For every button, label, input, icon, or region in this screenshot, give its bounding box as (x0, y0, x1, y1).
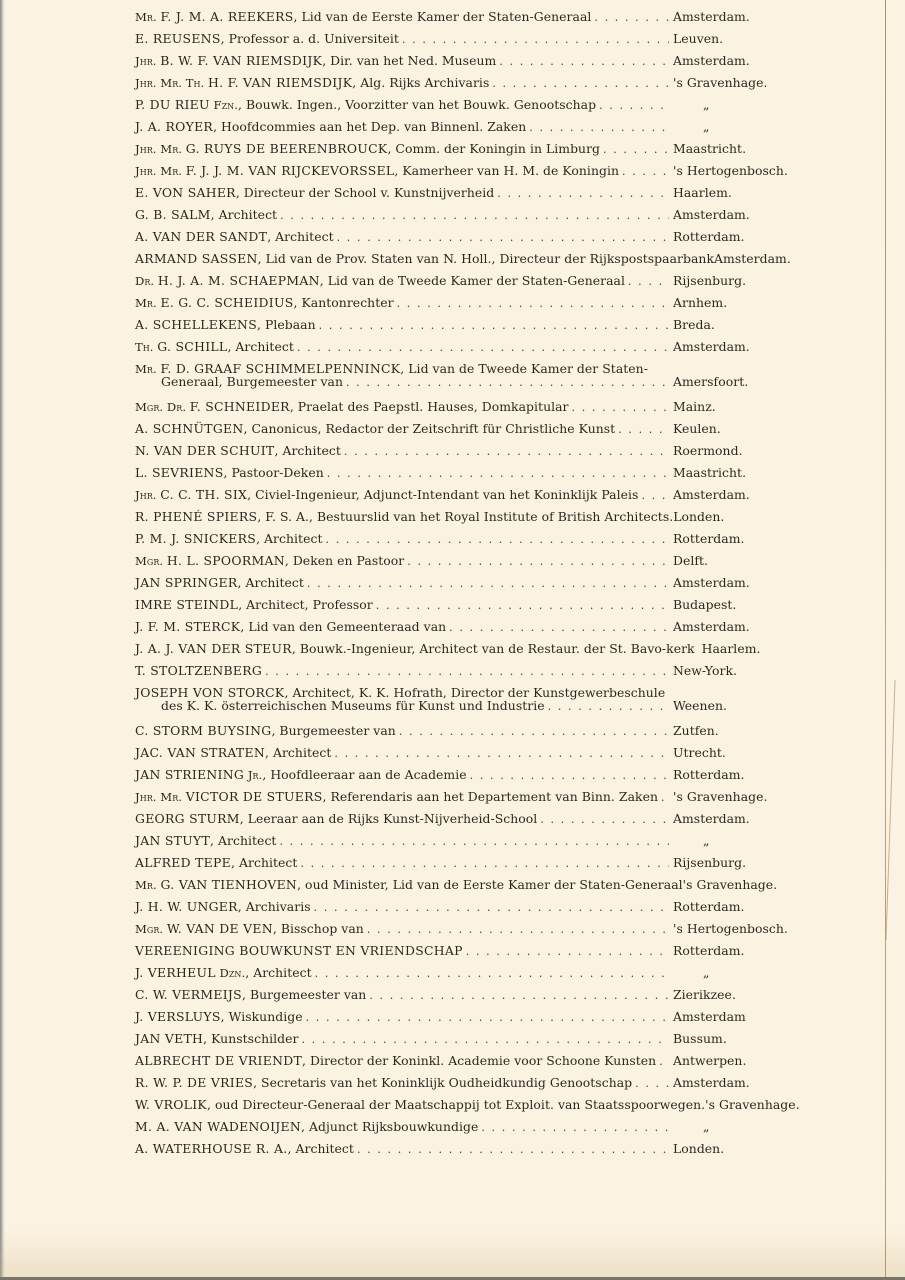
entry-text: Jhr. B. W. F. VAN RIEMSDIJK, Dir. van he… (135, 50, 496, 72)
list-item: E. VON SAHER, Directeur der School v. Ku… (135, 182, 785, 204)
entry-continuation-line: Generaal, Burgemeester vanAmersfoort. (135, 374, 785, 390)
entry-location: Amsterdam. (673, 484, 785, 506)
entry-text: IMRE STEINDL, Architect, Professor (135, 594, 373, 616)
entry-line: A. SCHNÜTGEN, Canonicus, Redactor der Ze… (135, 418, 785, 440)
leader-dots (499, 51, 669, 73)
leader-dots (344, 441, 669, 463)
entry-text: Mgr. W. VAN DE VEN, Bisschop van (135, 918, 364, 940)
entry-line: E. VON SAHER, Directeur der School v. Ku… (135, 182, 785, 204)
entry-text: Th. G. SCHILL, Architect (135, 336, 294, 358)
entry-text: E. VON SAHER, Directeur der School v. Ku… (135, 182, 494, 204)
leader-dots (357, 1139, 669, 1161)
entry-description: , Lid van de Eerste Kamer der Staten-Gen… (294, 9, 592, 24)
list-item: Dr. H. J. A. M. SCHAEPMAN, Lid van de Tw… (135, 270, 785, 292)
list-item: J. A. ROYER, Hoofdcommies aan het Dep. v… (135, 116, 785, 138)
entry-location: Amsterdam. (673, 204, 785, 226)
entry-name: A. VAN DER SANDT (135, 229, 267, 244)
list-item: J. H. W. UNGER, Archivaris Rotterdam. (135, 896, 785, 918)
entry-location: 's Gravenhage. (683, 874, 795, 896)
entry-location: „ (673, 1116, 785, 1138)
entry-text: P. DU RIEU Fzn., Bouwk. Ingen., Voorzitt… (135, 94, 596, 116)
entry-location: Zutfen. (673, 720, 785, 742)
entry-line: J. A. J. VAN DER STEUR, Bouwk.-Ingenieur… (135, 638, 785, 660)
entry-description: , Bisschop van (273, 921, 364, 936)
entry-text: Mgr. H. L. SPOORMAN, Deken en Pastoor (135, 550, 404, 572)
entry-line: Jhr. Mr. VICTOR DE STUERS, Referendaris … (135, 786, 785, 808)
entry-location: Londen. (673, 506, 785, 528)
leader-dots (548, 699, 669, 715)
entry-title: Jhr. Mr. (135, 142, 186, 156)
list-item: M. A. VAN WADENOIJEN, Adjunct Rijksbouwk… (135, 1116, 785, 1138)
entry-text: A. SCHELLEKENS, Plebaan (135, 314, 316, 336)
entry-location: 's Hertogenbosch. (673, 160, 785, 182)
entry-location: „ (673, 962, 785, 984)
leader-dots (307, 573, 669, 595)
list-item: JAN STUYT, Architect „ (135, 830, 785, 852)
entry-name: R. PHENÉ SPIERS (135, 509, 257, 524)
leader-dots (497, 183, 669, 205)
entry-line: VEREENIGING BOUWKUNST EN VRIENDSCHAP Rot… (135, 940, 785, 962)
entry-text: M. A. VAN WADENOIJEN, Adjunct Rijksbouwk… (135, 1116, 478, 1138)
scanned-page: Mr. F. J. M. A. REEKERS, Lid van de Eers… (0, 0, 905, 1280)
entry-description: , Architect (211, 207, 277, 222)
entry-description: , Adjunct Rijksbouwkundige (301, 1119, 478, 1134)
entry-name: JAN STRIENING (135, 767, 244, 782)
list-item: Mr. F. D. GRAAF SCHIMMELPENNINCK, Lid va… (135, 358, 785, 390)
list-item: C. W. VERMEIJS, Burgemeester van Zierikz… (135, 984, 785, 1006)
leader-dots (280, 205, 669, 227)
entry-line: Mgr. H. L. SPOORMAN, Deken en Pastoor De… (135, 550, 785, 572)
entry-text: A. SCHNÜTGEN, Canonicus, Redactor der Ze… (135, 418, 615, 440)
leader-dots (334, 743, 669, 765)
entry-text: C. STORM BUYSING, Burgemeester van (135, 720, 396, 742)
entry-text: L. SEVRIENS, Pastoor-Deken (135, 462, 324, 484)
entry-description: , Professor a. d. Universiteit (221, 31, 399, 46)
leader-dots (326, 529, 670, 551)
entry-name: A. SCHELLEKENS (135, 317, 257, 332)
entry-description: , Canonicus, Redactor der Zeitschrift fü… (244, 421, 616, 436)
entry-name: F. J. J. M. VAN RIJCKEVORSSEL (186, 163, 395, 178)
leader-dots (540, 809, 669, 831)
list-item: N. VAN DER SCHUIT, Architect Roermond. (135, 440, 785, 462)
list-item: ALBRECHT DE VRIENDT, Director der Konink… (135, 1050, 785, 1072)
entry-text: Dr. H. J. A. M. SCHAEPMAN, Lid van de Tw… (135, 270, 625, 292)
list-item: G. B. SALM, Architect Amsterdam. (135, 204, 785, 226)
entry-line: Jhr. C. C. TH. SIX, Civiel-Ingenieur, Ad… (135, 484, 785, 506)
entry-location: „ (673, 830, 785, 852)
entry-line: J. VERHEUL Dzn., Architect „ (135, 962, 785, 984)
entry-line: A. SCHELLEKENS, Plebaan Breda. (135, 314, 785, 336)
leader-dots (327, 463, 669, 485)
entry-name: JAN SPRINGER (135, 575, 237, 590)
entry-text: J. A. J. VAN DER STEUR, Bouwk.-Ingenieur… (135, 638, 695, 660)
entry-line: Jhr. Mr. G. RUYS DE BEERENBROUCK, Comm. … (135, 138, 785, 160)
entry-description: , Alg. Rijks Archivaris (352, 75, 489, 90)
entry-line: E. REUSENS, Professor a. d. Universiteit… (135, 28, 785, 50)
entry-location: Amsterdam. (673, 50, 785, 72)
entry-title: Jhr. Mr. (135, 164, 186, 178)
list-item: P. DU RIEU Fzn., Bouwk. Ingen., Voorzitt… (135, 94, 785, 116)
list-item: Jhr. Mr. VICTOR DE STUERS, Referendaris … (135, 786, 785, 808)
entry-text: ALBRECHT DE VRIENDT, Director der Konink… (135, 1050, 656, 1072)
entry-title: Th. (135, 340, 157, 354)
list-item: J. A. J. VAN DER STEUR, Bouwk.-Ingenieur… (135, 638, 785, 660)
leader-dots (628, 271, 669, 293)
leader-dots (635, 1073, 669, 1095)
entry-name: P. M. J. SNICKERS (135, 531, 256, 546)
entry-line: J. VERSLUYS, Wiskundige Amsterdam (135, 1006, 785, 1028)
leader-dots (369, 985, 669, 1007)
entry-text: Mgr. Dr. F. SCHNEIDER, Praelat des Paeps… (135, 396, 569, 418)
entry-description: , oud Minister, Lid van de Eerste Kamer … (297, 877, 683, 892)
list-item: Jhr. Mr. G. RUYS DE BEERENBROUCK, Comm. … (135, 138, 785, 160)
entry-text: A. VAN DER SANDT, Architect (135, 226, 334, 248)
entry-text: J. A. ROYER, Hoofdcommies aan het Dep. v… (135, 116, 526, 138)
entry-title: Mr. (135, 362, 160, 376)
entry-text: G. B. SALM, Architect (135, 204, 277, 226)
entry-name: T. STOLTZENBERG (135, 663, 262, 678)
entry-title: Jhr. Mr. Th. (135, 76, 208, 90)
entry-line: C. STORM BUYSING, Burgemeester van Zutfe… (135, 720, 785, 742)
entry-title: Mgr. (135, 554, 167, 568)
entry-description: , Kamerheer van H. M. de Koningin (394, 163, 619, 178)
entry-location: Amsterdam. (673, 336, 785, 358)
entry-description: , Burgemeester van (242, 987, 366, 1002)
entry-text: ALFRED TEPE, Architect (135, 852, 297, 874)
entry-line: G. B. SALM, Architect Amsterdam. (135, 204, 785, 226)
entry-description: , Architect (267, 229, 333, 244)
list-item: C. STORM BUYSING, Burgemeester van Zutfe… (135, 720, 785, 742)
entry-location: Antwerpen. (673, 1050, 785, 1072)
entry-line: L. SEVRIENS, Pastoor-Deken Maastricht. (135, 462, 785, 484)
entry-name: JAN VETH (135, 1031, 203, 1046)
list-item: Jhr. C. C. TH. SIX, Civiel-Ingenieur, Ad… (135, 484, 785, 506)
entry-description: , Architect (237, 575, 303, 590)
leader-dots (297, 337, 669, 359)
list-item: IMRE STEINDL, Architect, Professor Budap… (135, 594, 785, 616)
entry-location: Londen. (673, 1138, 785, 1160)
entry-text: Jhr. Mr. VICTOR DE STUERS, Referendaris … (135, 786, 658, 808)
entry-name: B. W. F. VAN RIEMSDIJK (160, 53, 322, 68)
list-item: R. W. P. DE VRIES, Secretaris van het Ko… (135, 1072, 785, 1094)
entry-location: 's Gravenhage. (705, 1094, 817, 1116)
entry-line: Mgr. W. VAN DE VEN, Bisschop van 's Hert… (135, 918, 785, 940)
entry-location: Arnhem. (673, 292, 785, 314)
entry-description: , oud Directeur-Generaal der Maatschappi… (207, 1097, 705, 1112)
entry-title: Jhr. (135, 488, 160, 502)
leader-dots (572, 397, 669, 419)
entry-name: J. VERHEUL (135, 965, 216, 980)
leader-dots (407, 551, 669, 573)
entry-text: W. VROLIK, oud Directeur-Generaal der Ma… (135, 1094, 705, 1116)
page-crease (885, 0, 886, 1280)
list-item: W. VROLIK, oud Directeur-Generaal der Ma… (135, 1094, 785, 1116)
entry-location: 's Hertogenbosch. (673, 918, 785, 940)
entry-line: JAC. VAN STRATEN, Architect Utrecht. (135, 742, 785, 764)
leader-dots (449, 617, 669, 639)
entry-name: ALBRECHT DE VRIENDT (135, 1053, 302, 1068)
entry-description: , Director der Koninkl. Academie voor Sc… (302, 1053, 656, 1068)
leader-dots (376, 595, 669, 617)
entry-location: Mainz. (673, 396, 785, 418)
leader-dots (314, 897, 669, 919)
entry-location: Amersfoort. (673, 374, 785, 390)
list-item: A. WATERHOUSE R. A., Architect Londen. (135, 1138, 785, 1160)
entry-title: Mgr. (135, 922, 167, 936)
leader-dots (301, 1029, 669, 1051)
entry-description: , Kantonrechter (294, 295, 394, 310)
entry-description: , Dir. van het Ned. Museum (322, 53, 496, 68)
leader-dots (594, 7, 669, 29)
leader-dots (492, 73, 669, 95)
entry-text: Mr. G. VAN TIENHOVEN, oud Minister, Lid … (135, 874, 683, 896)
entry-location: Amsterdam (673, 1006, 785, 1028)
leader-dots (402, 29, 669, 51)
entry-line: JAN STUYT, Architect „ (135, 830, 785, 852)
entry-text: Jhr. Mr. G. RUYS DE BEERENBROUCK, Comm. … (135, 138, 600, 160)
entry-name: F. SCHNEIDER (190, 399, 290, 414)
entry-title: Mgr. Dr. (135, 400, 190, 414)
entry-line: T. STOLTZENBERG New-York. (135, 660, 785, 682)
entry-location: Zierikzee. (673, 984, 785, 1006)
leader-dots (466, 941, 669, 963)
entry-name: J. VERSLUYS (135, 1009, 221, 1024)
entry-text: J. VERHEUL Dzn., Architect (135, 962, 312, 984)
entry-text: JAC. VAN STRATEN, Architect (135, 742, 331, 764)
entry-description: , Archivaris (238, 899, 311, 914)
entry-text: P. M. J. SNICKERS, Architect (135, 528, 323, 550)
entry-line: C. W. VERMEIJS, Burgemeester van Zierikz… (135, 984, 785, 1006)
list-item: J. VERHEUL Dzn., Architect „ (135, 962, 785, 984)
entry-description: , Lid van den Gemeenteraad van (240, 619, 446, 634)
leader-dots (397, 293, 669, 315)
entry-location: Amsterdam. (714, 248, 826, 270)
entry-description: , Architect (274, 443, 340, 458)
list-item: A. VAN DER SANDT, Architect Rotterdam. (135, 226, 785, 248)
entry-line: R. PHENÉ SPIERS, F. S. A., Bestuurslid v… (135, 506, 785, 528)
entry-description: , Comm. der Koningin in Limburg (387, 141, 600, 156)
entry-description: , Architect (210, 833, 276, 848)
entry-location: Amsterdam. (673, 808, 785, 830)
entry-text: T. STOLTZENBERG (135, 660, 262, 682)
entry-line: JAN STRIENING Jr., Hoofdleeraar aan de A… (135, 764, 785, 786)
entry-name: JAN STUYT (135, 833, 210, 848)
entry-name: P. DU RIEU (135, 97, 210, 112)
list-item: JAN VETH, Kunstschilder Bussum. (135, 1028, 785, 1050)
list-item: JAN STRIENING Jr., Hoofdleeraar aan de A… (135, 764, 785, 786)
leader-dots (319, 315, 669, 337)
list-item: Mgr. W. VAN DE VEN, Bisschop van 's Hert… (135, 918, 785, 940)
entry-location: Bussum. (673, 1028, 785, 1050)
entry-description: , Architect (256, 531, 322, 546)
leader-dots (599, 95, 669, 117)
entry-location: Amsterdam. (673, 1072, 785, 1094)
entry-name: J. A. ROYER (135, 119, 213, 134)
leader-dots (641, 485, 669, 507)
entry-name: G. RUYS DE BEERENBROUCK (186, 141, 388, 156)
entry-line: Mr. G. VAN TIENHOVEN, oud Minister, Lid … (135, 874, 785, 896)
entry-name: VICTOR DE STUERS (186, 789, 323, 804)
entry-text: J. H. W. UNGER, Archivaris (135, 896, 311, 918)
list-item: Mr. G. VAN TIENHOVEN, oud Minister, Lid … (135, 874, 785, 896)
entry-description: , Lid van de Prov. Staten van N. Holl., … (258, 251, 714, 266)
entry-location: Haarlem. (673, 182, 785, 204)
entry-line: Mr. F. J. M. A. REEKERS, Lid van de Eers… (135, 6, 785, 28)
list-item: E. REUSENS, Professor a. d. Universiteit… (135, 28, 785, 50)
entry-text: ARMAND SASSEN, Lid van de Prov. Staten v… (135, 248, 714, 270)
entry-name: W. VAN DE VEN (167, 921, 273, 936)
entry-name: J. A. J. VAN DER STEUR (135, 641, 292, 656)
entry-location: Weenen. (673, 698, 785, 714)
leader-dots (346, 375, 669, 391)
entry-description: , Architect, Professor (238, 597, 373, 612)
leader-dots (315, 963, 669, 985)
entry-text: R. W. P. DE VRIES, Secretaris van het Ko… (135, 1072, 632, 1094)
entry-title: Jhr. Mr. (135, 790, 186, 804)
entry-suffix: Fzn. (210, 98, 238, 112)
entry-text: Jhr. Mr. Th. H. F. VAN RIEMSDIJK, Alg. R… (135, 72, 489, 94)
entry-line: IMRE STEINDL, Architect, Professor Budap… (135, 594, 785, 616)
list-item: A. SCHELLEKENS, Plebaan Breda. (135, 314, 785, 336)
entry-line: JAN SPRINGER, Architect Amsterdam. (135, 572, 785, 594)
member-list: Mr. F. J. M. A. REEKERS, Lid van de Eers… (135, 6, 785, 1160)
entry-name: A. SCHNÜTGEN (135, 421, 244, 436)
leader-dots (470, 765, 669, 787)
entry-line: Dr. H. J. A. M. SCHAEPMAN, Lid van de Tw… (135, 270, 785, 292)
entry-description: , Referendaris aan het Departement van B… (323, 789, 658, 804)
entry-line: J. A. ROYER, Hoofdcommies aan het Dep. v… (135, 116, 785, 138)
entry-description: , Secretaris van het Koninklijk Oudheidk… (253, 1075, 632, 1090)
entry-line: Mgr. Dr. F. SCHNEIDER, Praelat des Paeps… (135, 396, 785, 418)
list-item: T. STOLTZENBERG New-York. (135, 660, 785, 682)
entry-name: J. F. M. STERCK (135, 619, 240, 634)
entry-line: W. VROLIK, oud Directeur-Generaal der Ma… (135, 1094, 785, 1116)
entry-location: Leuven. (673, 28, 785, 50)
entry-description: , Kunstschilder (203, 1031, 298, 1046)
entry-line: JAN VETH, Kunstschilder Bussum. (135, 1028, 785, 1050)
entry-name: W. VROLIK (135, 1097, 207, 1112)
entry-line: P. M. J. SNICKERS, Architect Rotterdam. (135, 528, 785, 550)
entry-location: Budapest. (673, 594, 785, 616)
list-item: P. M. J. SNICKERS, Architect Rotterdam. (135, 528, 785, 550)
entry-text: C. W. VERMEIJS, Burgemeester van (135, 984, 366, 1006)
entry-location: Keulen. (673, 418, 785, 440)
entry-line: P. DU RIEU Fzn., Bouwk. Ingen., Voorzitt… (135, 94, 785, 116)
entry-description: , Hoofdcommies aan het Dep. van Binnenl.… (213, 119, 526, 134)
entry-location: „ (673, 116, 785, 138)
list-item: J. F. M. STERCK, Lid van den Gemeenteraa… (135, 616, 785, 638)
entry-text: JAN STUYT, Architect (135, 830, 276, 852)
entry-text: E. REUSENS, Professor a. d. Universiteit (135, 28, 399, 50)
entry-location: Roermond. (673, 440, 785, 462)
entry-description: , Directeur der School v. Kunstnijverhei… (236, 185, 494, 200)
entry-description: , Burgemeester van (271, 723, 395, 738)
entry-line: R. W. P. DE VRIES, Secretaris van het Ko… (135, 1072, 785, 1094)
entry-line: GEORG STURM, Leeraar aan de Rijks Kunst-… (135, 808, 785, 830)
list-item: Jhr. B. W. F. VAN RIEMSDIJK, Dir. van he… (135, 50, 785, 72)
entry-text: Jhr. Mr. F. J. J. M. VAN RIJCKEVORSSEL, … (135, 160, 619, 182)
entry-continuation-text: Generaal, Burgemeester van (161, 374, 343, 390)
list-item: A. SCHNÜTGEN, Canonicus, Redactor der Ze… (135, 418, 785, 440)
page-tear (885, 680, 895, 940)
leader-dots (618, 419, 669, 441)
list-item: VEREENIGING BOUWKUNST EN VRIENDSCHAP Rot… (135, 940, 785, 962)
entry-description: , Praelat des Paepstl. Hauses, Domkapitu… (290, 399, 569, 414)
entry-location: Utrecht. (673, 742, 785, 764)
leader-dots (661, 787, 669, 809)
leader-dots (659, 1051, 669, 1073)
leader-dots (337, 227, 669, 249)
leader-dots (622, 161, 669, 183)
leader-dots (279, 831, 669, 853)
entry-name: ALFRED TEPE (135, 855, 231, 870)
entry-text: JAN SPRINGER, Architect (135, 572, 304, 594)
entry-description: , Civiel-Ingenieur, Adjunct-Intendant va… (247, 487, 638, 502)
entry-title: Mr. (135, 10, 160, 24)
list-item: Mr. F. J. M. A. REEKERS, Lid van de Eers… (135, 6, 785, 28)
entry-location: Rotterdam. (673, 226, 785, 248)
entry-line: N. VAN DER SCHUIT, Architect Roermond. (135, 440, 785, 462)
entry-location: Amsterdam. (673, 616, 785, 638)
entry-line: ALBRECHT DE VRIENDT, Director der Konink… (135, 1050, 785, 1072)
entry-description: , Lid van de Tweede Kamer der Staten-Gen… (320, 273, 625, 288)
entry-description: , Architect (231, 855, 297, 870)
entry-name: F. J. M. A. REEKERS (160, 9, 293, 24)
entry-line: Th. G. SCHILL, Architect Amsterdam. (135, 336, 785, 358)
entry-description: , Architect (265, 745, 331, 760)
entry-name: N. VAN DER SCHUIT (135, 443, 274, 458)
entry-name: VEREENIGING BOUWKUNST EN VRIENDSCHAP (135, 943, 463, 958)
entry-description: , Bouwk.-Ingenieur, Architect van de Res… (292, 641, 695, 656)
entry-text: A. WATERHOUSE R. A., Architect (135, 1138, 354, 1160)
entry-location: Rotterdam. (673, 940, 785, 962)
entry-location: Rotterdam. (673, 764, 785, 786)
entry-name: L. SEVRIENS (135, 465, 224, 480)
entry-name: IMRE STEINDL (135, 597, 238, 612)
entry-location: Rotterdam. (673, 528, 785, 550)
leader-dots (367, 919, 669, 941)
entry-location: „ (673, 94, 785, 116)
entry-continuation-line: des K. K. österreichischen Museums für K… (135, 698, 785, 714)
entry-description: , Lid van de Tweede Kamer der Staten- (400, 361, 648, 376)
entry-location: Maastricht. (673, 462, 785, 484)
list-item: R. PHENÉ SPIERS, F. S. A., Bestuurslid v… (135, 506, 785, 528)
entry-line: A. WATERHOUSE R. A., Architect Londen. (135, 1138, 785, 1160)
entry-name: H. F. VAN RIEMSDIJK (208, 75, 352, 90)
list-item: Jhr. Mr. F. J. J. M. VAN RIJCKEVORSSEL, … (135, 160, 785, 182)
leader-dots (265, 661, 669, 683)
list-item: JAN SPRINGER, Architect Amsterdam. (135, 572, 785, 594)
entry-line: Jhr. Mr. F. J. J. M. VAN RIJCKEVORSSEL, … (135, 160, 785, 182)
entry-text: JAN VETH, Kunstschilder (135, 1028, 298, 1050)
entry-text: R. PHENÉ SPIERS, F. S. A., Bestuurslid v… (135, 506, 673, 528)
entry-description: , Hoofdleeraar aan de Academie (262, 767, 466, 782)
entry-line: J. F. M. STERCK, Lid van den Gemeenteraa… (135, 616, 785, 638)
entry-title: Dr. (135, 274, 158, 288)
list-item: ARMAND SASSEN, Lid van de Prov. Staten v… (135, 248, 785, 270)
list-item: Mgr. H. L. SPOORMAN, Deken en Pastoor De… (135, 550, 785, 572)
entry-title: Mr. (135, 296, 160, 310)
entry-line: Mr. E. G. C. SCHEIDIUS, Kantonrechter Ar… (135, 292, 785, 314)
entry-name: H. L. SPOORMAN (167, 553, 285, 568)
entry-description: , Wiskundige (221, 1009, 303, 1024)
entry-line: ALFRED TEPE, Architect Rijsenburg. (135, 852, 785, 874)
entry-description: , Leeraar aan de Rijks Kunst-Nijverheid-… (240, 811, 538, 826)
entry-name: E. REUSENS (135, 31, 221, 46)
entry-line: Jhr. B. W. F. VAN RIEMSDIJK, Dir. van he… (135, 50, 785, 72)
entry-location: Rijsenburg. (673, 270, 785, 292)
entry-text: Mr. F. J. M. A. REEKERS, Lid van de Eers… (135, 6, 591, 28)
